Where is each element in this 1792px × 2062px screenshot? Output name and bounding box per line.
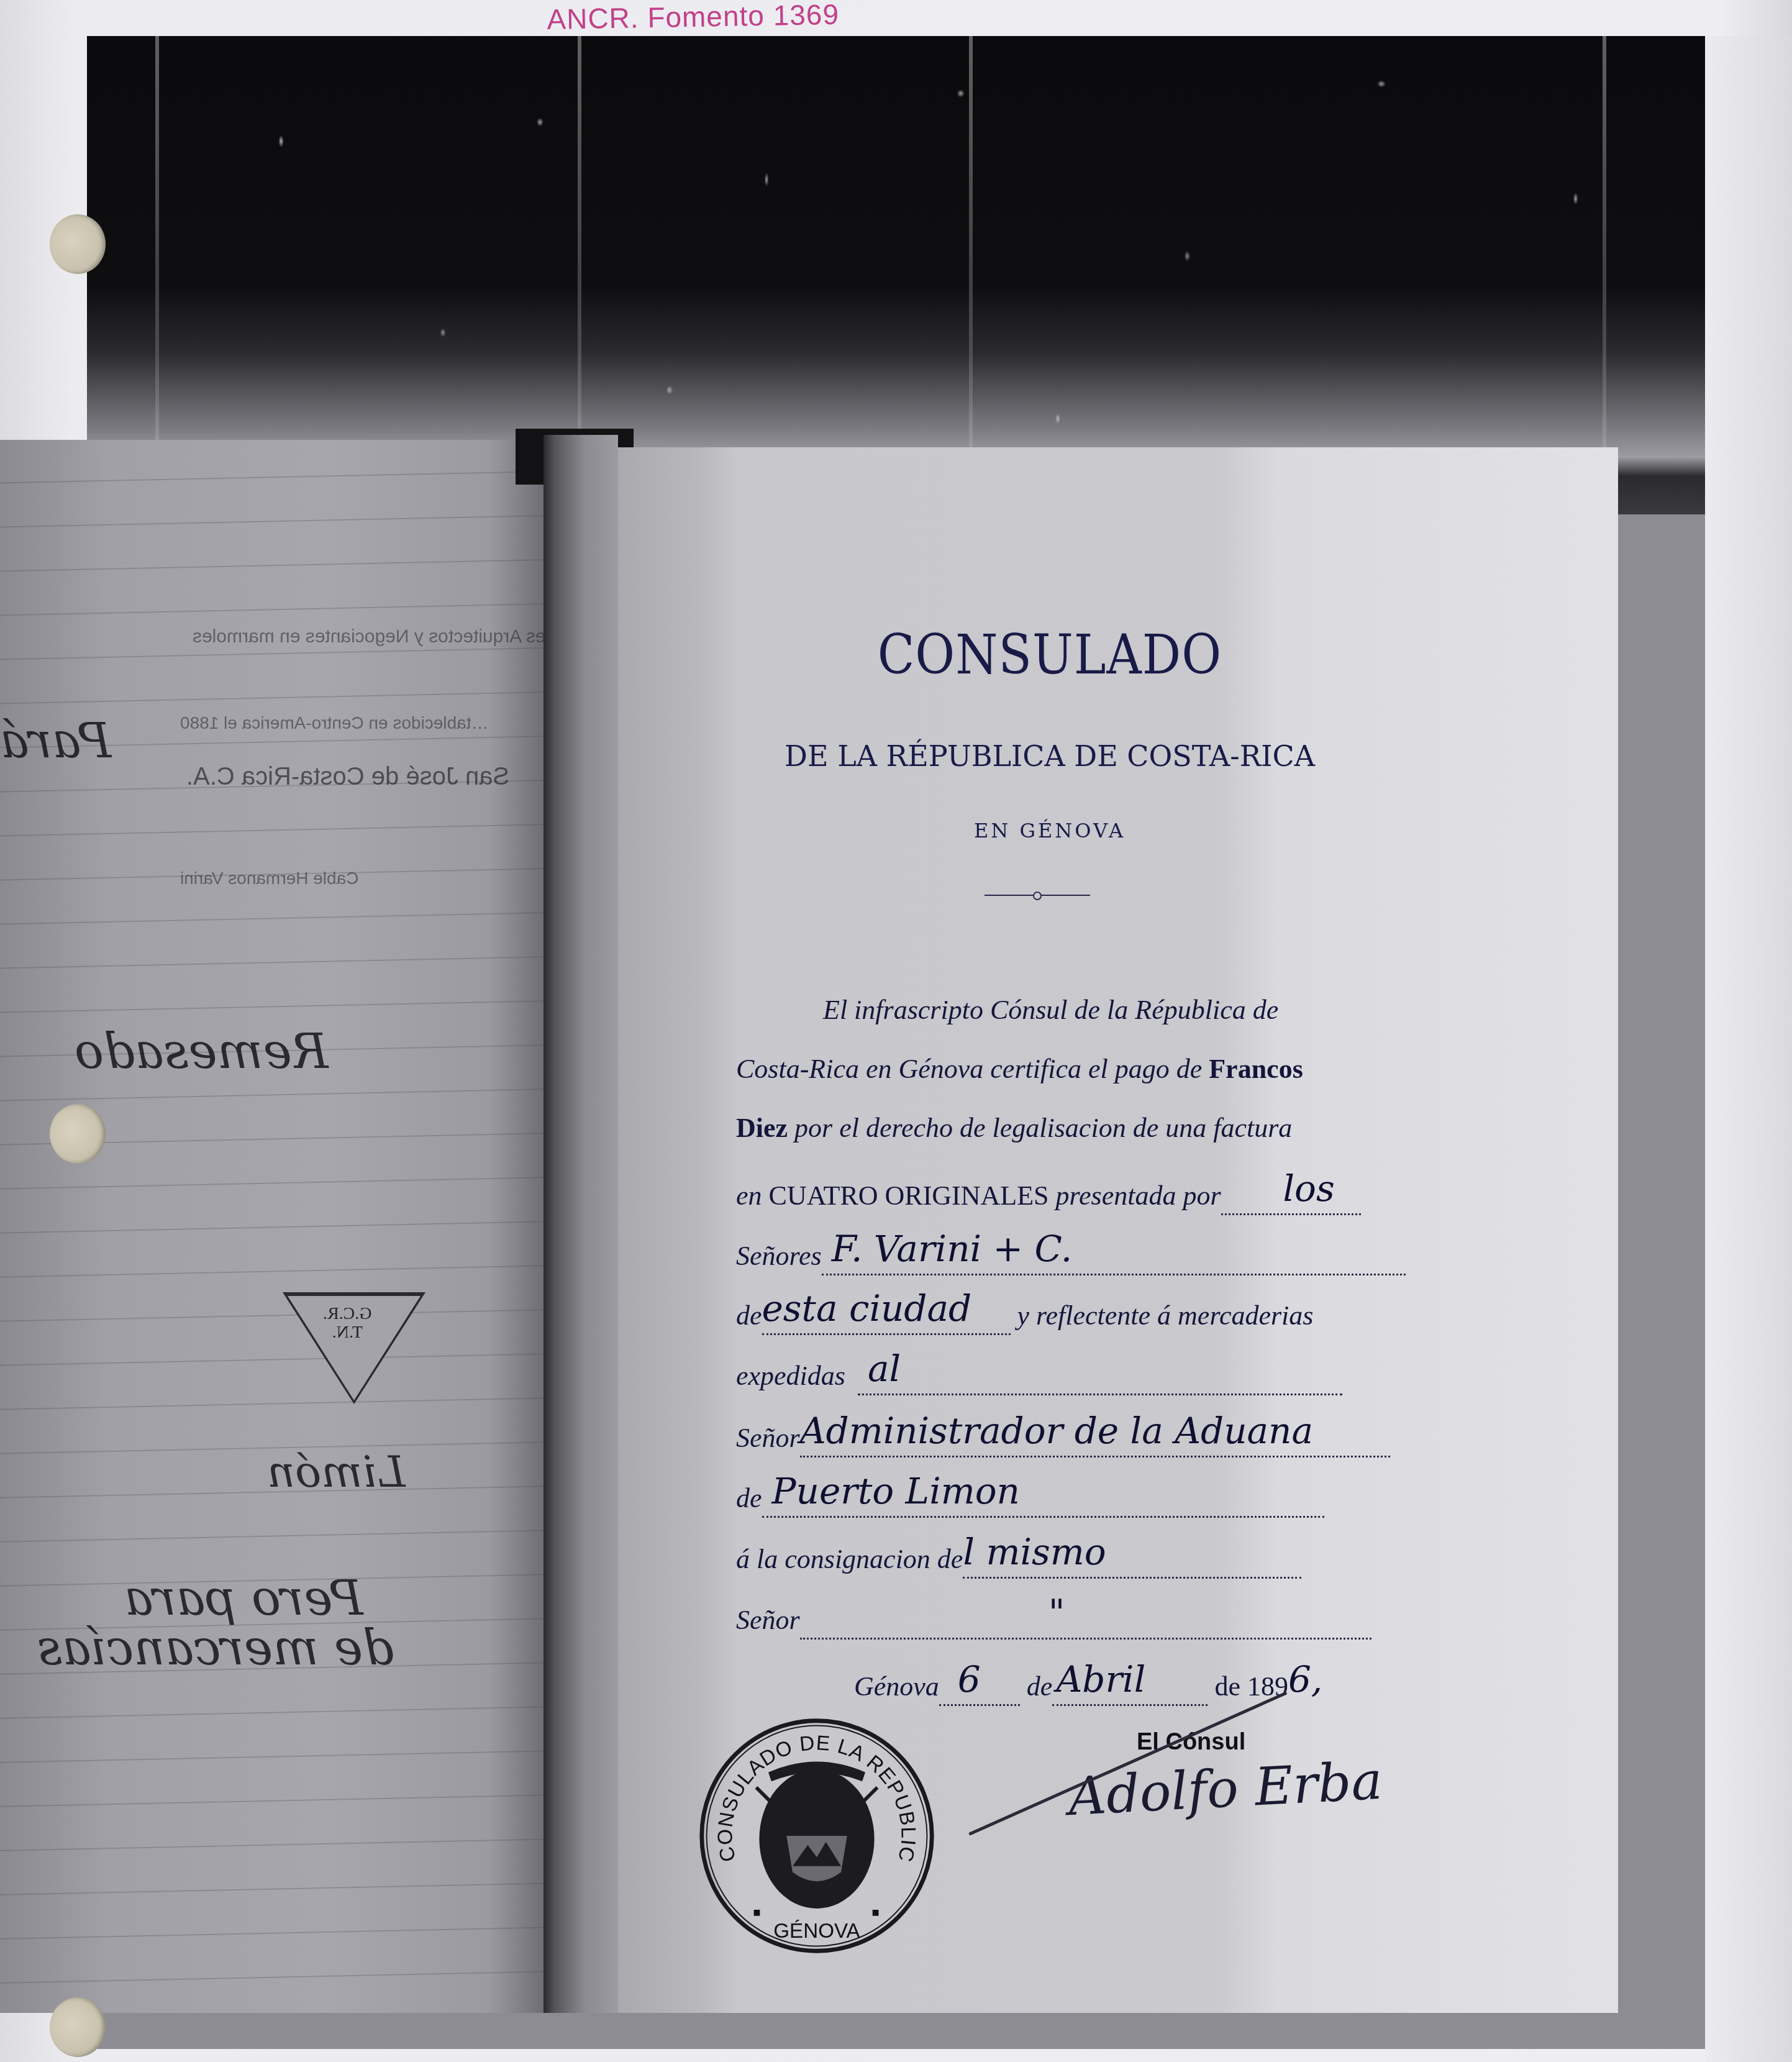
handwritten-entry: esta ciudad (762, 1287, 972, 1330)
letterhead-bleed-line: Cable Hermanos Varini (180, 869, 358, 888)
handwritten-entry: al (858, 1348, 901, 1390)
text-line-10: á la consignacion del mismo (736, 1535, 1419, 1578)
text-line-9: dePuerto Limon (736, 1474, 1419, 1517)
handwriting-fragment: Limón (267, 1446, 405, 1497)
text-line-4: en CUATRO ORIGINALES presentada porlos (736, 1171, 1419, 1215)
seal-emblem-icon: CONSULADO DE LA REPUBLICA DE COSTA-RICA … (696, 1715, 938, 1957)
date-year-suffix: 6, (1288, 1658, 1322, 1700)
left-ledger-page: …tores Arquitectos y Negociantes en marm… (0, 440, 544, 2013)
letterhead-bleed-line: …tablecidos en Centro-America el 1880 (180, 713, 488, 733)
certificate-subtitle: DE LA RÉPUBLICA DE COSTA-RICA (646, 739, 1453, 773)
handwriting-fragment: Remesado (75, 1024, 328, 1080)
punch-hole (50, 214, 106, 274)
certificate-city: EN GÉNOVA (646, 819, 1453, 842)
triangle-stamp-text: G.C.R. T.N. (323, 1305, 372, 1342)
letterhead-bleed-line: …tores Arquitectos y Negociantes en marm… (193, 626, 586, 647)
text-line-6: deesta ciudad y reflectente á mercaderia… (736, 1291, 1419, 1334)
date-month: Abril (1052, 1658, 1145, 1700)
letterhead-bleed-line: San José de Costa-Rica C.A. (186, 763, 509, 791)
handwritten-entry: l mismo (963, 1531, 1106, 1573)
text-line-2: Costa-Rica en Génova certifica el pago d… (736, 1053, 1419, 1097)
handwritten-entry: los (1221, 1167, 1335, 1210)
text-line-8: SeñorAdministrador de la Aduana (736, 1413, 1419, 1457)
handwritten-entry: Administrador de la Aduana (800, 1410, 1313, 1452)
archive-reference: ANCR. Fomento 1369 (547, 0, 839, 36)
svg-text:GÉNOVA: GÉNOVA (773, 1920, 860, 1943)
consulate-seal: CONSULADO DE LA REPUBLICA DE COSTA-RICA … (696, 1715, 938, 1957)
handwritten-entry: F. Varini + C. (822, 1228, 1073, 1270)
punch-hole (50, 1104, 106, 1164)
handwriting-fragment: Pero para (124, 1571, 363, 1626)
certificate-title: CONSULADO (646, 624, 1453, 687)
handwriting-fragment: Pará (0, 713, 111, 769)
date-line: Génova6 deAbril de 1896, (854, 1662, 1537, 1705)
consul-signature: Adolfo Erba (1067, 1750, 1384, 1827)
text-line-11: Señor" (736, 1595, 1419, 1639)
ornament-divider (985, 895, 1090, 896)
handwritten-entry: " (800, 1592, 1065, 1634)
text-line-1: El infrascripto Cónsul de la Républica d… (823, 994, 1506, 1038)
text-line-7: expedidasal (736, 1351, 1419, 1395)
consular-certificate: CONSULADO DE LA RÉPUBLICA DE COSTA-RICA … (646, 447, 1453, 2013)
handwritten-entry: Puerto Limon (762, 1470, 1020, 1512)
punch-hole (50, 1997, 106, 2057)
text-line-3: Diez por el derecho de legalisacion de u… (736, 1112, 1419, 1156)
handwriting-fragment: de mercancías (37, 1620, 394, 1676)
book-gutter (544, 435, 618, 2013)
date-day: 6 (939, 1658, 981, 1700)
text-line-5: SeñoresF. Varini + C. (736, 1231, 1419, 1275)
